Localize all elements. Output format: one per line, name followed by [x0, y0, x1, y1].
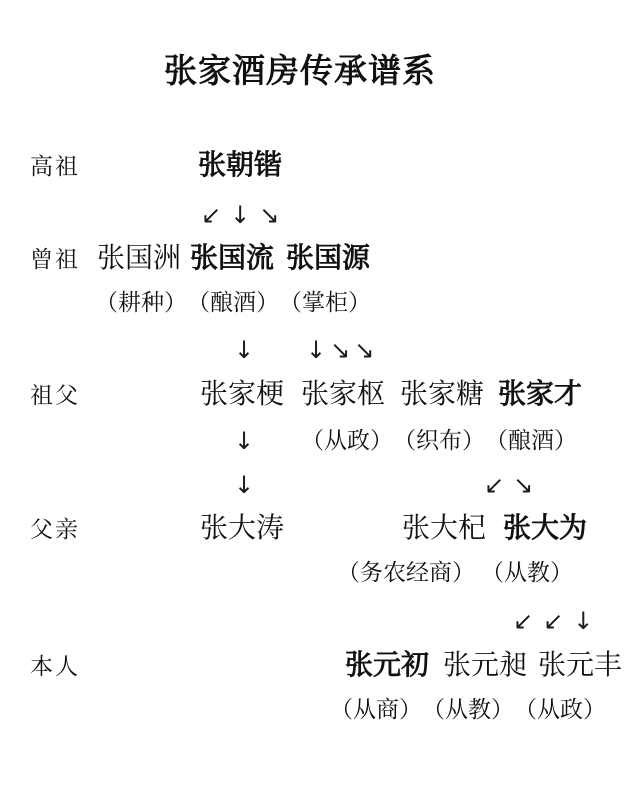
occupation-niangjiu-2: （酿酒） [485, 428, 577, 454]
branch-arrow-gen2-to-gen3-left: ↓ [234, 337, 254, 365]
person-name-zhang-datao: 张大涛 [200, 513, 284, 545]
person-name-zhang-yuanfeng: 张元丰 [538, 650, 622, 682]
generation-label-benren: 本人 [30, 654, 80, 680]
branch-arrows-gen2-to-gen3-right: ↓↘↘ [306, 337, 378, 365]
occupation-congzheng: （从政） [301, 428, 393, 454]
branch-arrows-gen1-to-gen2: ↙↓↘ [201, 202, 288, 230]
occupation-row-gen5: （从商） （从教） （从政） [330, 697, 606, 723]
person-name-zhang-jiashu: 张家枢 [301, 379, 385, 411]
occupation-congjiao-2: （从教） [422, 697, 514, 723]
occupation-row-gen2: （耕种） （酿酒） （掌柜） [95, 290, 371, 316]
branch-arrow-gen3-to-gen4-left-lower: ↓ [234, 472, 254, 500]
generation-label-zengzu: 曾祖 [30, 247, 80, 273]
generation-label-gaozu: 高祖 [30, 154, 80, 180]
branch-arrows-gen3-to-gen4-right: ↙↘ [484, 472, 542, 500]
generation-label-zufu: 祖父 [30, 383, 80, 409]
occupation-congzheng-2: （从政） [514, 697, 606, 723]
occupation-wunong-jingshang: （务农经商） [337, 560, 475, 586]
person-name-zhang-chaokai: 张朝锴 [198, 150, 282, 182]
genealogy-chart: 张家酒房传承谱系 高祖 张朝锴 ↙↓↘ 曾祖 张国洲 张国流 张国源 （耕种） … [0, 0, 630, 787]
person-name-zhang-jiatang: 张家糖 [400, 379, 484, 411]
person-name-zhang-daqi: 张大杞 [402, 513, 486, 545]
occupation-niangjiu: （酿酒） [187, 290, 279, 316]
person-name-zhang-guozhou: 张国洲 [97, 243, 181, 275]
branch-arrows-gen4-to-gen5: ↙↙↓ [513, 608, 603, 636]
person-name-zhang-yuanchang: 张元昶 [443, 650, 527, 682]
occupation-congshang: （从商） [330, 697, 422, 723]
occupation-gengzhong: （耕种） [95, 290, 187, 316]
generation-label-fuqin: 父亲 [30, 517, 80, 543]
person-name-zhang-guoyuan: 张国源 [286, 243, 370, 275]
person-name-zhang-dawei: 张大为 [503, 513, 587, 545]
person-name-zhang-jiageng: 张家梗 [200, 379, 284, 411]
chart-title: 张家酒房传承谱系 [0, 54, 600, 92]
occupation-zhibu: （织布） [393, 428, 485, 454]
person-name-zhang-yuanchu: 张元初 [345, 650, 429, 682]
occupation-row-gen3: （从政） （织布） （酿酒） [301, 428, 577, 454]
occupation-zhanggui: （掌柜） [279, 290, 371, 316]
occupation-row-gen4: （务农经商） （从教） [337, 560, 573, 586]
person-name-zhang-jiacai: 张家才 [498, 379, 582, 411]
occupation-congjiao: （从教） [481, 560, 573, 586]
branch-arrow-gen3-to-gen4-left-upper: ↓ [234, 428, 254, 456]
person-name-zhang-guoliu: 张国流 [190, 243, 274, 275]
